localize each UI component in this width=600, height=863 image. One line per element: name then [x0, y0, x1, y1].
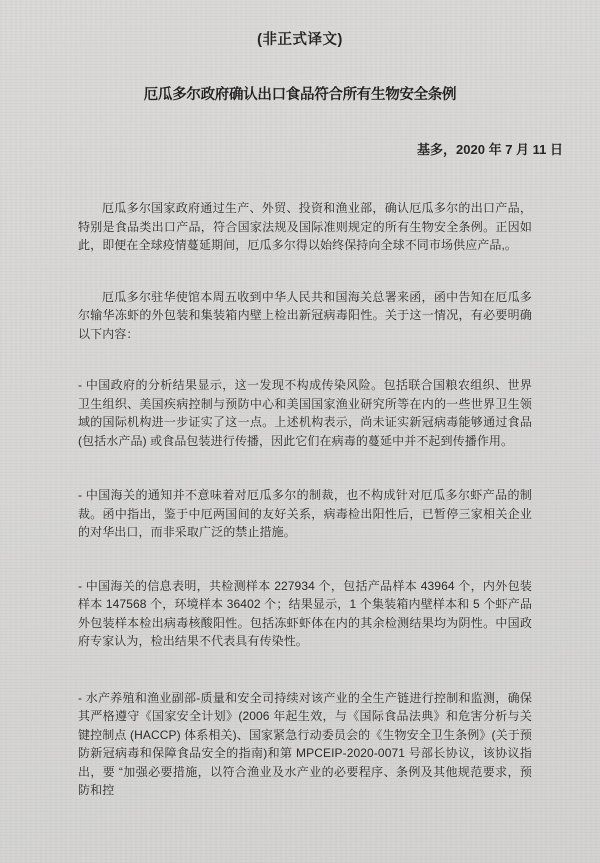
paragraph-export-confirmation: 厄瓜多尔国家政府通过生产、外贸、投资和渔业部，确认厄瓜多尔的出口产品，特别是食品… — [78, 199, 532, 255]
bullet-sampling-statistics: - 中国海关的信息表明，共检测样本 227934 个，包括产品样本 43964 … — [78, 577, 532, 651]
bullet-not-a-sanction: - 中国海关的通知并不意味着对厄瓜多尔的制裁，也不构成针对厄瓜多尔虾产品的制裁。… — [78, 486, 532, 542]
document-title: 厄瓜多尔政府确认出口食品符合所有生物安全条例 — [20, 85, 580, 105]
document-page: (非正式译文) 厄瓜多尔政府确认出口食品符合所有生物安全条例 基多，2020 年… — [0, 0, 600, 863]
bullet-analysis-no-risk: - 中国政府的分析结果显示，这一发现不构成传染风险。包括联合国粮农组织、世界卫生… — [78, 376, 532, 450]
bullet-industry-controls: - 水产养殖和渔业副部-质量和安全司持续对该产业的全生产链进行控制和监测，确保其… — [78, 689, 532, 800]
translation-note: (非正式译文) — [20, 30, 580, 50]
paragraph-customs-letter: 厄瓜多尔驻华使馆本周五收到中华人民共和国海关总署来函，函中告知在厄瓜多尔输华冻虾… — [78, 288, 532, 344]
dateline: 基多，2020 年 7 月 11 日 — [78, 140, 563, 159]
